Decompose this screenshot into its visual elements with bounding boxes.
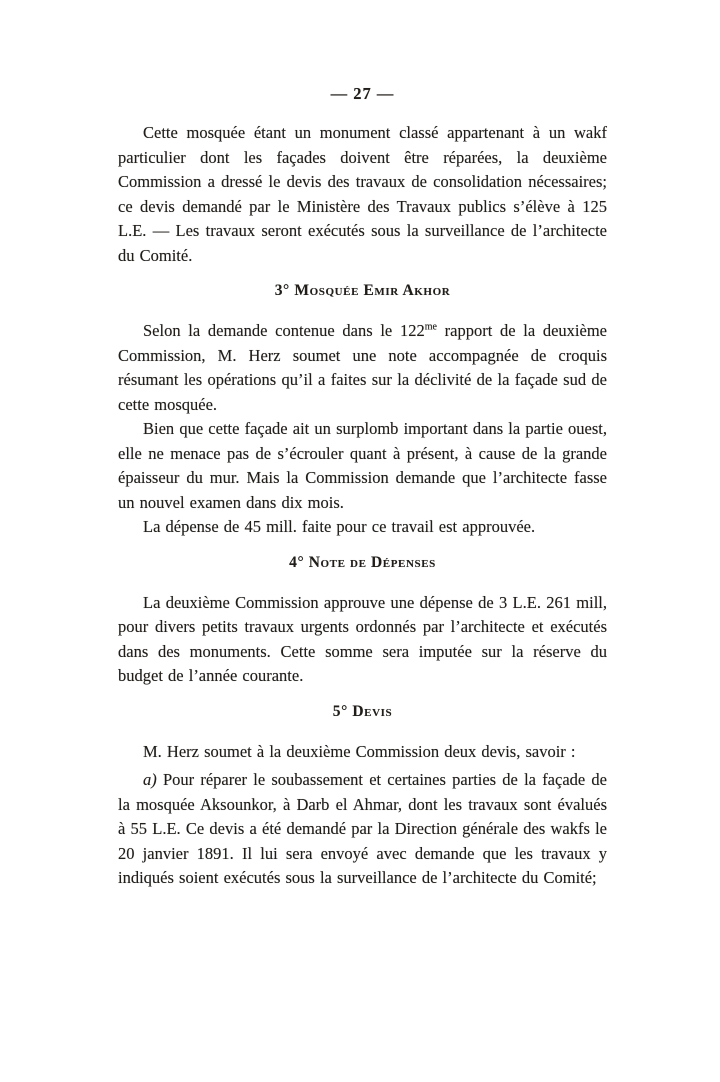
section-ordinal: 5°	[333, 703, 348, 720]
section-ordinal: 3°	[275, 282, 290, 299]
list-marker-a-italic: a)	[143, 770, 157, 789]
section-heading-5-devis: 5° Devis	[118, 702, 607, 722]
paragraph-122e-rapport: Selon la demande contenue dans le 122me …	[118, 319, 607, 417]
section-heading-4-note-de-depenses: 4° Note de Dépenses	[118, 553, 607, 573]
section-title: Note de Dépenses	[309, 554, 436, 571]
paragraph-depense-3-le-261-mill: La deuxième Commission approuve une dépe…	[118, 591, 607, 689]
paragraph-devis-a-aksounkor: a) Pour réparer le soubassement et certa…	[118, 768, 607, 891]
section-title: Mosquée Emir Akhor	[294, 282, 450, 299]
superscript-me: me	[425, 322, 437, 333]
paragraph-surplomb: Bien que cette façade ait un surplomb im…	[118, 417, 607, 515]
paragraph-wakf-facades: Cette mosquée étant un monument classé a…	[118, 121, 607, 268]
page-number: — 27 —	[118, 84, 607, 104]
scanned-document-page: — 27 — Cette mosquée étant un monument c…	[0, 0, 720, 1082]
section-title: Devis	[352, 703, 392, 720]
section-ordinal: 4°	[289, 554, 304, 571]
paragraph-deux-devis: M. Herz soumet à la deuxième Commission …	[118, 740, 607, 765]
page-content: — 27 — Cette mosquée étant un monument c…	[118, 84, 607, 891]
paragraph-text-before-sup: Selon la demande contenue dans le 122	[143, 321, 425, 340]
section-heading-3-mosquee-emir-akhor: 3° Mosquée Emir Akhor	[118, 281, 607, 301]
paragraph-text: Pour réparer le soubassement et certaine…	[118, 770, 607, 887]
paragraph-depense-45-mill: La dépense de 45 mill. faite pour ce tra…	[118, 515, 607, 540]
